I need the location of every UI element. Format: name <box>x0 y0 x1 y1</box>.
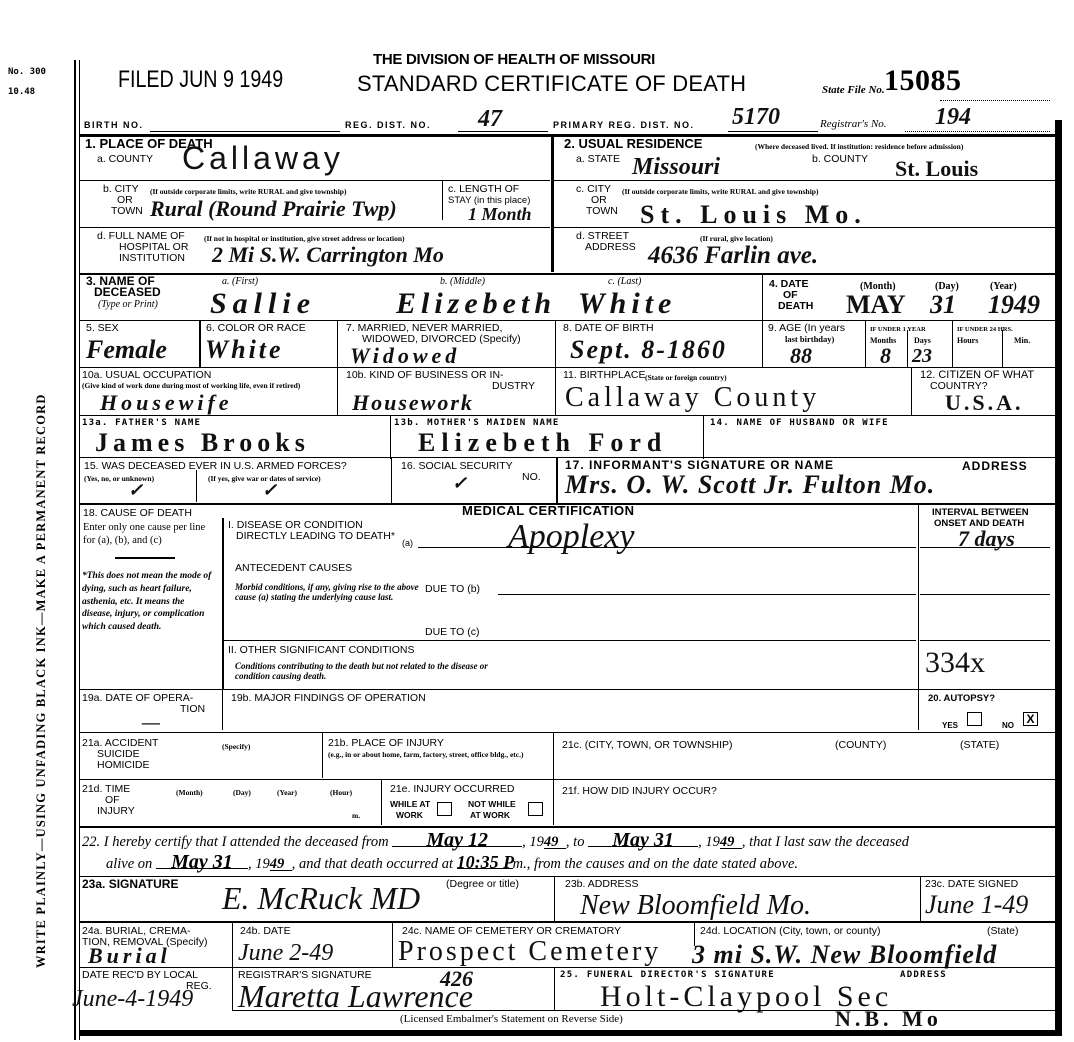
birthplace-value: Callaway County <box>565 382 820 414</box>
divider <box>80 273 1055 275</box>
divider <box>80 415 1055 416</box>
left-border <box>74 60 80 1040</box>
birth-date-value: Sept. 8-1860 <box>570 335 727 365</box>
divider <box>905 131 1050 132</box>
residence-town-label: TOWN <box>586 206 618 217</box>
under-day-label: IF UNDER 24 HRS. <box>957 324 1013 335</box>
age-years-value: 88 <box>790 343 812 369</box>
mother-value: Elizebeth Ford <box>418 428 667 458</box>
other-conditions-label: II. OTHER SIGNIFICANT CONDITIONS <box>228 645 414 656</box>
divider <box>920 640 1050 641</box>
divider <box>458 131 548 132</box>
race-label: 6. COLOR OR RACE <box>206 323 306 334</box>
cause-a-value: Apoplexy <box>508 518 635 556</box>
ssn-value: ✓ <box>452 473 467 494</box>
divider <box>80 180 550 181</box>
operation-date-label: 19a. DATE OF OPERA- <box>82 693 193 704</box>
business-label: 10b. KIND OF BUSINESS OR IN- <box>346 370 504 381</box>
at-work-label-2: WORK <box>396 810 423 821</box>
specify-label: (Specify) <box>222 741 250 752</box>
filed-stamp: FILED JUN 9 1949 <box>118 66 283 94</box>
divider <box>322 733 323 778</box>
other-conditions-note: Conditions contributing to the death but… <box>235 661 505 681</box>
divider <box>80 227 550 228</box>
divider <box>196 470 197 502</box>
last-name-value: White <box>578 287 676 321</box>
divider <box>232 968 233 1010</box>
city-town-label: TOWN <box>111 206 143 217</box>
autopsy-no-label: NO <box>1002 720 1014 731</box>
divider <box>80 689 1055 690</box>
divider <box>337 320 338 367</box>
injury-occurred-label: 21e. INJURY OCCURRED <box>390 784 514 795</box>
operation-date-value: — <box>142 712 160 733</box>
homicide-label: HOMICIDE <box>97 760 150 771</box>
age-days-value: 23 <box>912 345 932 368</box>
divider <box>80 367 1055 368</box>
divider <box>920 876 921 921</box>
divider <box>80 876 1055 877</box>
divider <box>554 876 555 921</box>
sex-label: 5. SEX <box>86 323 119 334</box>
age-label: 9. AGE (In years <box>768 323 845 334</box>
divider <box>390 415 391 459</box>
middle-name-label: b. (Middle) <box>440 276 485 287</box>
business-value: Housework <box>352 390 474 416</box>
certification-line-1: 22. I hereby certify that I attended the… <box>82 835 909 849</box>
divider <box>337 367 338 415</box>
injury-day-label: (Day) <box>233 787 251 798</box>
burial-date-value: June 2-49 <box>238 940 333 967</box>
stay-label: c. LENGTH OF <box>448 184 519 195</box>
street-value: 4636 Farlin ave. <box>648 242 818 270</box>
cemetery-value: Prospect Cemetery <box>398 936 661 968</box>
cert-year-prefix: , 19 <box>522 834 544 850</box>
antecedent-causes-label: ANTECEDENT CAUSES <box>235 563 352 574</box>
place-of-injury-note: (e.g., in or about home, farm, factory, … <box>328 750 548 759</box>
cause-footnote: *This does not mean the mode of dying, s… <box>82 570 212 634</box>
divider <box>222 690 223 730</box>
date-received-value: June-4-1949 <box>72 986 193 1013</box>
age-months-value: 8 <box>880 343 891 369</box>
stay-value: 1 Month <box>468 204 532 225</box>
registrar-no-label: Registrar's No. <box>820 119 887 130</box>
divider <box>553 227 1055 228</box>
state-file-number: 15085 <box>884 64 962 98</box>
divider <box>918 505 919 690</box>
birth-date-label: 8. DATE OF BIRTH <box>563 323 654 334</box>
divider <box>703 415 704 459</box>
burial-value: Burial <box>88 943 171 969</box>
divider <box>80 921 1055 923</box>
divider <box>80 826 1055 828</box>
form-number: No. 300 10.48 <box>8 66 46 98</box>
antecedent-note: Morbid conditions, if any, giving rise t… <box>235 582 425 602</box>
residence-county-label: b. COUNTY <box>812 154 868 165</box>
reg-dist-label: REG. DIST. NO. <box>345 120 431 131</box>
autopsy-no-mark: X <box>1026 712 1034 726</box>
citizen-value: U.S.A. <box>945 390 1024 416</box>
divider <box>115 557 175 559</box>
ssn-label: 16. SOCIAL SECURITY <box>401 461 513 472</box>
divider <box>555 367 556 415</box>
right-border <box>1055 120 1062 1032</box>
reg-dist-number: 47 <box>478 106 502 133</box>
form-date: 10.48 <box>8 86 46 98</box>
operation-findings-label: 19b. MAJOR FINDINGS OF OPERATION <box>231 693 426 704</box>
divider <box>1002 330 1003 367</box>
physician-address-label: 23b. ADDRESS <box>565 879 639 890</box>
injury-hour-label: (Hour) <box>330 787 352 798</box>
divider <box>391 457 392 505</box>
physician-signature: E. McRuck MD <box>222 880 420 917</box>
min-label: Min. <box>1014 335 1030 346</box>
sex-value: Female <box>86 335 167 365</box>
at-work-label: WHILE AT <box>390 799 430 810</box>
not-at-work-label-2: AT WORK <box>470 810 510 821</box>
attended-from-date: May 12 <box>392 835 522 847</box>
divider <box>952 320 953 367</box>
how-injury-occurred-label: 21f. HOW DID INJURY OCCUR? <box>562 786 717 797</box>
cert-text-3: , and that death occurred at <box>292 856 453 872</box>
primary-reg-dist-number: 5170 <box>732 104 780 131</box>
degree-label: (Degree or title) <box>446 879 519 890</box>
funeral-address-value: N.B. Mo <box>835 1006 942 1032</box>
cert-text-2: , that I last saw the deceased <box>742 834 909 850</box>
divider <box>498 594 916 595</box>
state-file-label: State File No. <box>822 84 885 96</box>
time-of-injury-label-3: INJURY <box>97 806 135 817</box>
spouse-label: 14. NAME OF HUSBAND OR WIFE <box>710 418 889 429</box>
form-number-text: No. 300 <box>8 66 46 78</box>
first-name-label: a. (First) <box>222 276 258 287</box>
residence-state-value: Missouri <box>632 154 720 181</box>
usual-residence-heading: 2. USUAL RESIDENCE <box>564 138 702 149</box>
burial-location-value: 3 mi S.W. New Bloomfield <box>692 940 997 970</box>
divider <box>418 547 916 548</box>
divider <box>865 320 866 367</box>
name-label-2: DECEASED <box>94 287 161 298</box>
injury-year-label: (Year) <box>277 787 297 798</box>
name-label-3: (Type or Print) <box>98 299 158 310</box>
cert-alive-on: alive on <box>106 856 152 872</box>
divider <box>80 320 1055 321</box>
death-date-label-3: DEATH <box>778 301 813 312</box>
father-value: James Brooks <box>95 428 310 458</box>
death-month-value: MAY <box>846 290 906 320</box>
divider <box>551 134 554 272</box>
attended-from-year: 49 <box>544 837 566 849</box>
not-at-work-checkbox[interactable] <box>528 802 543 816</box>
injury-month-label: (Month) <box>176 787 203 798</box>
armed-forces-note: (Yes, no, or unknown) <box>84 473 154 484</box>
divider <box>199 320 201 367</box>
divider <box>940 100 1050 101</box>
birth-no-label: BIRTH NO. <box>84 120 144 131</box>
disease-label-2: DIRECTLY LEADING TO DEATH* <box>236 531 395 542</box>
code-value: 334x <box>925 646 985 680</box>
business-label-2: DUSTRY <box>492 381 535 392</box>
residence-city-value: St. Louis Mo. <box>640 200 867 230</box>
divider <box>553 180 1055 181</box>
armed-forces-value: ✓ <box>128 480 143 501</box>
burial-location-label: 24d. LOCATION (City, town, or county) <box>700 926 881 937</box>
at-work-checkbox[interactable] <box>437 802 452 816</box>
birthplace-label: 11. BIRTHPLACE <box>563 370 645 381</box>
marital-value: Widowed <box>350 343 460 369</box>
hours-label: Hours <box>957 335 978 346</box>
cert-text-1: 22. I hereby certify that I attended the… <box>82 834 389 850</box>
residence-city-note: (If outside corporate limits, write RURA… <box>622 186 818 197</box>
embalmer-note: (Licensed Embalmer's Statement on Revers… <box>400 1014 623 1025</box>
line-a-label: (a) <box>402 538 413 549</box>
divider <box>80 779 1055 780</box>
cert-to: , to <box>566 834 585 850</box>
registrar-number: 194 <box>935 104 971 131</box>
divider <box>554 968 555 1010</box>
death-city-value: Rural (Round Prairie Twp) <box>150 196 397 222</box>
street-label-2: ADDRESS <box>585 242 636 253</box>
burial-date-label: 24b. DATE <box>240 926 291 937</box>
death-county-value: Callaway <box>182 140 344 177</box>
burial-state-label: (State) <box>987 926 1019 937</box>
divider <box>920 547 1050 548</box>
hospital-label-3: INSTITUTION <box>119 253 185 264</box>
armed-forces-label: 15. WAS DECEASED EVER IN U.S. ARMED FORC… <box>84 461 347 472</box>
occupation-label: 10a. USUAL OCCUPATION <box>82 370 211 381</box>
date-signed-label: 23c. DATE SIGNED <box>925 879 1018 890</box>
last-seen-year: 49 <box>270 859 292 871</box>
division-title: THE DIVISION OF HEALTH OF MISSOURI <box>373 51 655 68</box>
occupation-value: Housewife <box>100 390 233 416</box>
residence-county-value: St. Louis <box>895 156 978 182</box>
divider <box>920 594 1050 595</box>
due-to-b-label: DUE TO (b) <box>425 584 480 595</box>
hospital-value: 2 Mi S.W. Carrington Mo <box>212 242 444 268</box>
divider <box>381 780 382 825</box>
divider <box>556 457 558 505</box>
date-received-label: DATE REC'D BY LOCAL <box>82 970 198 981</box>
signature-label: 23a. SIGNATURE <box>82 879 178 890</box>
last-seen-date: May 31 <box>156 857 248 869</box>
divider <box>762 320 763 367</box>
first-name-value: Sallie <box>210 287 316 321</box>
interval-value: 7 days <box>958 526 1015 552</box>
primary-reg-dist-label: PRIMARY REG. DIST. NO. <box>553 120 695 131</box>
divider <box>911 367 912 415</box>
ssn-label-2: NO. <box>522 472 541 483</box>
autopsy-yes-label: YES <box>942 720 958 731</box>
usual-residence-note: (Where deceased lived. If institution: r… <box>755 141 963 152</box>
cause-instructions: Enter only one cause per line for (a), (… <box>83 521 213 547</box>
death-year-value: 1949 <box>988 290 1040 320</box>
operation-date-label-2: TION <box>180 704 205 715</box>
page-title: STANDARD CERTIFICATE OF DEATH <box>357 71 746 97</box>
death-time: 10:35 P <box>457 857 513 869</box>
cert-text-4: m., from the causes and on the date stat… <box>513 856 798 872</box>
interval-label: INTERVAL BETWEEN <box>932 507 1029 518</box>
injury-m-label: m. <box>352 810 360 821</box>
cause-of-death-label: 18. CAUSE OF DEATH <box>83 508 192 519</box>
funeral-address-label: ADDRESS <box>900 970 947 981</box>
divider <box>80 732 1055 733</box>
divider <box>555 320 556 367</box>
death-day-value: 31 <box>930 290 956 320</box>
divider <box>392 922 393 967</box>
divider <box>918 690 919 730</box>
due-to-c-label: DUE TO (c) <box>425 627 479 638</box>
middle-name-value: Elizebeth <box>396 287 556 321</box>
autopsy-no-checkbox[interactable]: X <box>1023 712 1038 726</box>
divider <box>150 131 340 132</box>
not-at-work-label: NOT WHILE <box>468 799 516 810</box>
divider <box>232 922 233 967</box>
county-label: a. COUNTY <box>97 154 153 165</box>
autopsy-label: 20. AUTOPSY? <box>928 693 995 704</box>
divider <box>728 131 818 132</box>
divider <box>762 273 763 320</box>
cert-year-prefix-3: , 19 <box>248 856 270 872</box>
residence-state-label: a. STATE <box>576 154 620 165</box>
injury-location-label: 21c. (CITY, TOWN, OR TOWNSHIP) <box>562 740 733 751</box>
side-instruction: WRITE PLAINLY—USING UNFADING BLACK INK—M… <box>34 393 49 968</box>
injury-state-label: (STATE) <box>960 740 999 751</box>
place-of-injury-label: 21b. PLACE OF INJURY <box>328 738 444 749</box>
last-name-label: c. (Last) <box>608 276 641 287</box>
divider <box>222 518 224 690</box>
attended-to-year: 49 <box>720 837 742 849</box>
physician-address: New Bloomfield Mo. <box>580 890 811 922</box>
informant-value: Mrs. O. W. Scott Jr. Fulton Mo. <box>565 470 935 500</box>
divider <box>80 967 1055 968</box>
date-signed-value: June 1-49 <box>925 890 1028 920</box>
cert-year-prefix-2: , 19 <box>698 834 720 850</box>
race-value: White <box>205 335 284 365</box>
under-year-label: IF UNDER 1 YEAR <box>870 324 926 335</box>
attended-to-date: May 31 <box>588 835 698 847</box>
autopsy-yes-checkbox[interactable] <box>967 712 982 726</box>
armed-dates-value: ✓ <box>262 480 277 501</box>
divider <box>907 330 908 367</box>
occupation-note: (Give kind of work done during most of w… <box>82 381 332 390</box>
divider <box>442 180 443 220</box>
informant-address-label: ADDRESS <box>962 461 1028 472</box>
divider <box>222 640 916 641</box>
certification-line-2: alive on May 31, 1949, and that death oc… <box>106 857 798 871</box>
injury-county-label: (COUNTY) <box>835 740 886 751</box>
medical-certification-heading: MEDICAL CERTIFICATION <box>462 505 635 516</box>
